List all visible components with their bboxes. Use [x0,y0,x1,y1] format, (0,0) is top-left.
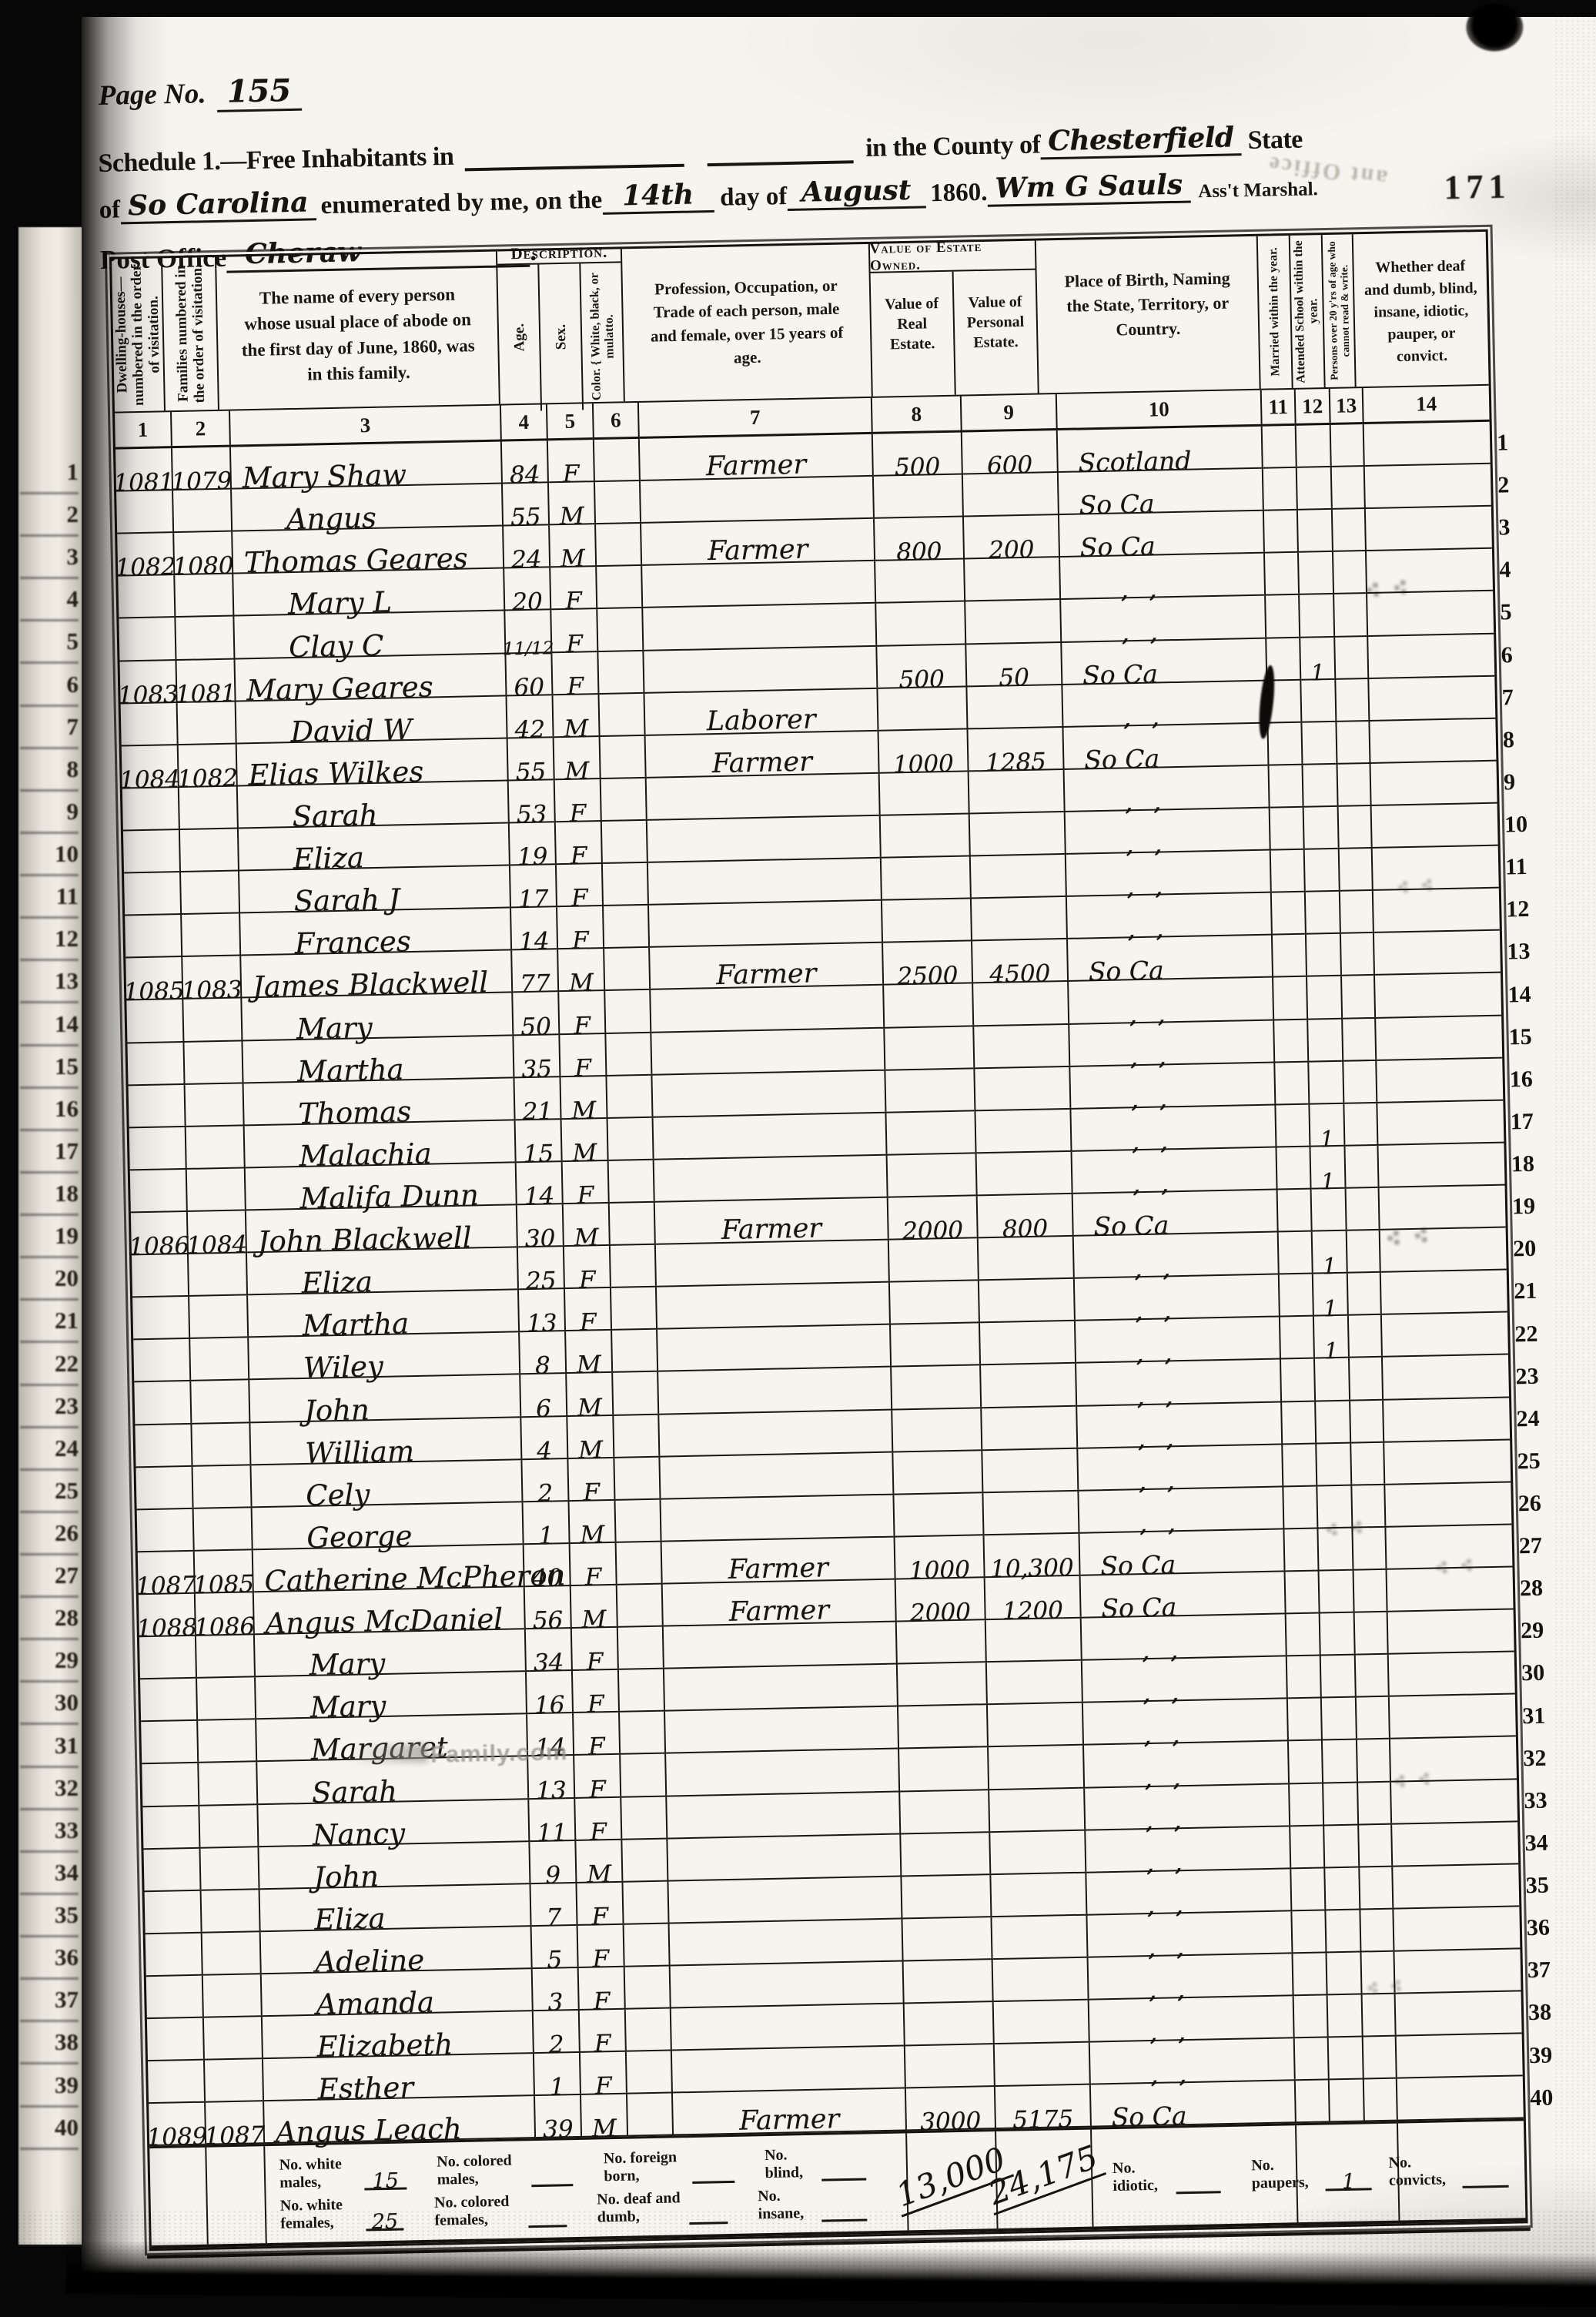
footer-stat-value: 15 [372,2168,399,2193]
cell-personal-estate: 10,300 [983,1534,1079,1577]
cell-sex: F [554,779,601,821]
cell-birthplace: Scotland [1056,427,1262,471]
cell-color [607,1118,653,1160]
footer-stat-item: No. insane, [758,2186,867,2224]
cell-remarks [1395,2034,1523,2078]
cell-married [1290,1868,1324,1910]
cell-remarks [1363,422,1491,465]
bleed-row-line [20,1426,79,1428]
bleed-row-number: 13 [32,967,79,995]
cell-personal-estate [969,812,1065,855]
cell-remarks [1384,1482,1511,1525]
footer-stat-label: No. convicts, [1388,2153,1457,2190]
cell-married [1281,1444,1316,1485]
cell-color [616,1585,662,1626]
row-number: 26 [1517,1490,1557,1517]
cell-age: 1 [522,1502,569,1543]
cell-remarks [1370,804,1498,847]
census-scan: 1234567891011121314151617181920212223242… [0,0,1596,2317]
cell-occupation [671,2047,905,2092]
cell-personal-estate [982,1492,1078,1535]
cell-birthplace: ‚ ‚ [1071,1147,1276,1192]
cell-name: Mary [253,1629,525,1676]
cell-color [621,1881,668,1923]
cell-sex: F [573,1755,620,1796]
cell-personal-estate [965,685,1062,728]
cell-age: 2 [532,2011,579,2052]
cell-illiterate [1333,594,1367,635]
row-number: 21 [1514,1278,1553,1305]
cell-occupation [664,1707,898,1753]
row-number: 20 [1513,1236,1552,1263]
cell-age: 55 [507,738,554,779]
bleed-row-line [20,1935,79,1937]
cell-occupation [662,1622,896,1668]
cell-name: Elias Wilkes [236,738,507,785]
bleed-row-number: 27 [32,1562,79,1589]
bleed-row-line [20,1850,79,1853]
bleed-row-line [20,1171,79,1174]
bleed-row-number: 18 [32,1180,79,1207]
bleed-row-number: 23 [32,1392,79,1420]
cell-illiterate [1348,1358,1382,1399]
cell-birthplace: ‚ ‚ [1066,893,1271,938]
cell-age: 19 [508,822,555,864]
cell-occupation [670,2004,904,2050]
enumerated-text: enumerated by me, on the [320,186,602,220]
cell-personal-estate: 200 [962,515,1059,558]
day-value: 14th [602,178,714,215]
row-number: 14 [1507,981,1547,1008]
cell-name: Mary [240,993,512,1040]
cell-remarks [1374,1016,1502,1059]
cell-sex: F [555,864,602,906]
cell-age: 17 [509,865,556,906]
cell-illiterate [1362,2037,1396,2078]
county-lead: in the County of [865,130,1041,163]
cell-remarks [1381,1355,1509,1398]
cell-illiterate [1335,722,1369,763]
cell-illiterate [1337,764,1370,805]
cell-name: Martha [246,1291,518,1337]
cell-real-estate [892,1493,982,1535]
cell-name: Angus [230,484,502,531]
cell-personal-estate [972,982,1068,1025]
cell-married [1293,2038,1328,2080]
cell-school [1305,934,1340,976]
table-header: Dwelling-houses—numbered in the order of… [112,232,1489,414]
blank-segment [464,138,684,172]
cell-family: 1081 [175,659,234,701]
paper-page: Page No.155 Schedule 1.—Free Inhabitants… [82,17,1596,2290]
cell-school [1320,1656,1355,1697]
cell-married [1279,1317,1313,1358]
cell-personal-estate [988,1788,1084,1831]
cell-name: Amanda [260,1969,532,2015]
cell-occupation-text: Farmer [728,1595,829,1628]
cell-name: Mary Shaw [229,442,501,488]
footer-statistics: No. white males,15No. colored males,No. … [263,2134,907,2244]
cell-sex: F [556,906,603,948]
cell-color [625,2051,671,2093]
footer-idiotic-paupers: No. idiotic,No. paupers,1 [1090,2126,1297,2227]
cell-color [609,1245,655,1287]
cell-color [597,651,643,692]
bleed-row-number: 33 [32,1816,79,1844]
cell-occupation-text: Farmer [716,959,817,992]
bleed-row-number: 39 [32,2071,79,2099]
cell-sex: M [570,1585,617,1627]
column-number: 11 [1260,390,1295,424]
cell-birthplace: ‚ ‚ [1067,978,1273,1023]
footer-stat-item: No. deaf and dumb, [597,2188,728,2226]
cell-age: 56 [524,1586,570,1628]
cell-remarks [1380,1313,1508,1356]
cell-name: Malachia [243,1120,515,1167]
cell-school [1327,1995,1362,2037]
cell-sex: M [552,695,599,736]
bleed-row-line [20,2105,79,2108]
cell-family [173,574,233,617]
cell-real-estate [896,1662,986,1705]
ink-smudge: ⁖⁖ [1366,1974,1415,2000]
col-header-name: The name of every person whose usual pla… [215,252,499,410]
row-number: 36 [1527,1914,1566,1941]
bleed-row-line [20,789,79,792]
row-number: 39 [1529,2042,1568,2069]
cell-married [1294,2081,1329,2122]
cell-occupation [652,1113,886,1158]
cell-sex: M [580,2094,627,2136]
footer-stat-label: No. blind, [765,2146,816,2182]
cell-family: 1079 [171,447,230,490]
bleed-row-line [20,1256,79,1258]
cell-name: Angus Leach [263,2096,534,2142]
cell-real-estate [872,475,962,517]
bleed-row-line [20,1511,79,1513]
cell-occupation-text: Farmer [721,1213,822,1246]
cell-occupation [667,1877,901,1922]
cell-family [185,1126,244,1168]
cell-color [603,948,649,989]
cell-real-estate [889,1324,979,1366]
cell-birthplace: ‚ ‚ [1064,809,1270,853]
cell-occupation: Farmer [644,732,878,777]
bleed-row-number: 10 [32,840,79,868]
cell-age: 34 [524,1629,571,1670]
cell-family [187,1253,246,1295]
description-group: Description. Age. Sex. Color. { White, b… [496,249,624,403]
cell-birthplace: ‚ ‚ [1076,1445,1282,1489]
cell-married [1270,892,1305,934]
row-number: 30 [1521,1660,1561,1687]
cell-color [611,1330,657,1371]
cell-color [597,694,644,735]
cell-occupation [650,1028,884,1073]
cell-name: Malifa Dunn [244,1163,516,1209]
row-number: 34 [1524,1830,1564,1857]
cell-real-estate: 500 [872,433,962,475]
bleed-row-line [20,959,79,961]
bleed-row-line [20,1341,79,1343]
cell-married [1293,1995,1327,2037]
cell-personal-estate [973,1067,1069,1110]
cell-real-estate [888,1281,979,1324]
cell-personal-estate [986,1703,1082,1746]
cell-school [1321,1740,1357,1782]
cell-birthplace: ‚ ‚ [1084,1826,1290,1871]
cell-birthplace: ‚ ‚ [1089,2038,1294,2083]
page-no-value: 155 [216,72,302,112]
bleed-row-number: 26 [32,1519,79,1547]
cell-age: 84 [500,440,547,482]
cell-illiterate [1338,849,1372,890]
cell-personal-estate: 1285 [966,728,1062,771]
cell-color [596,608,642,650]
bleed-row-number: 14 [32,1010,79,1038]
cell-remarks [1378,1186,1506,1229]
cell-family [202,1974,261,2017]
cell-age: 5 [530,1926,577,1967]
cell-school: 1 [1311,1231,1347,1273]
cell-real-estate [882,984,972,1026]
cell-school [1304,892,1340,933]
col-header-color: Color. { White, black, or mulatto. [580,263,624,410]
cell-sex: M [564,1331,611,1372]
footer-stat-label: No. foreign born, [604,2148,687,2185]
cell-real-estate: 3000 [905,2087,995,2129]
cell-birthplace: ‚ ‚ [1059,596,1265,641]
cell-illiterate [1357,1782,1390,1823]
row-number: 25 [1517,1448,1556,1475]
cell-sex: M [560,1119,607,1160]
cell-sex: F [561,1161,608,1203]
cell-birthplace: ‚ ‚ [1086,1911,1291,1956]
cell-married [1271,935,1306,976]
cell-sex: M [548,524,595,566]
cell-birthplace: So Ca [1060,638,1266,683]
cell-age: 15 [514,1120,561,1161]
cell-family [196,1677,255,1719]
cell-sex: F [575,1882,622,1924]
footer-stat-line: No. idiotic,No. paupers,1 [1113,2157,1289,2196]
cell-color [595,566,641,608]
cell-family [174,617,233,659]
cell-sex: F [554,822,601,863]
cell-family [198,1805,257,1847]
cell-remarks [1373,931,1501,974]
cell-family [192,1465,251,1508]
cell-illiterate [1349,1400,1383,1441]
cell-real-estate [884,1069,974,1111]
bleed-row-line [20,832,79,834]
cell-occupation [653,1156,887,1201]
column-number: 13 [1329,388,1363,423]
cell-school: 1 [1313,1316,1348,1358]
cell-married [1261,426,1296,467]
cell-occupation [645,774,879,819]
row-number: 37 [1527,1957,1567,1984]
cell-illiterate [1347,1315,1381,1357]
cell-name: Sarah J [238,866,510,912]
bleed-row-line [20,1893,79,1895]
right-row-numbers: 1234567891011121314151617181920212223242… [1497,419,1538,420]
bleed-row-line [20,1723,79,1725]
cell-sex: F [578,2010,625,2051]
cell-birthplace: ‚ ‚ [1074,1318,1280,1362]
bleed-row-line [20,1384,79,1386]
cell-married [1291,1953,1326,1994]
footer-stat-blank [689,2203,728,2225]
cell-sex: F [557,991,604,1033]
cell-real-estate [878,772,969,814]
cell-personal-estate [985,1661,1082,1704]
cell-birthplace: ‚ ‚ [1077,1487,1283,1532]
footer-stat-line: No. white males,15No. colored males,No. … [279,2145,893,2192]
row-number: 1 [1497,430,1536,457]
cell-birthplace: So Ca [1062,723,1267,768]
cell-illiterate [1331,509,1365,551]
cell-age: 7 [529,1883,576,1925]
blank-segment [707,134,854,166]
cell-illiterate [1342,1061,1376,1103]
cell-birthplace: ‚ ‚ [1065,851,1270,896]
footer-stat-blank [821,2201,867,2222]
cell-name: Nancy [256,1800,528,1846]
bleed-row-number: 9 [32,798,79,825]
footer-stat-label: No. deaf and dumb, [597,2189,684,2226]
footer-stat-blank [1463,2167,1510,2188]
cell-family [182,999,241,1041]
cell-occupation: Farmer [648,943,882,989]
cell-name: Eliza [259,1884,530,1930]
bleed-row-line [20,874,79,876]
cell-sex: F [570,1628,617,1669]
cell-occupation: Laborer [643,688,877,734]
cell-illiterate [1332,551,1366,593]
footer-stat-label: No. white females, [280,2196,360,2233]
cell-age: 2 [520,1459,567,1501]
cell-sex: F [567,1458,614,1500]
cell-personal-estate [992,2001,1089,2044]
cell-remarks [1390,1822,1518,1865]
cell-personal-estate [964,600,1060,643]
cell-personal-estate [980,1406,1076,1449]
cell-occupation [641,604,875,649]
cell-occupation [658,1452,892,1498]
cell-color [619,1754,665,1796]
cell-family [182,1041,242,1083]
bleed-row-number: 30 [32,1689,79,1716]
cell-illiterate [1339,891,1373,932]
cell-school [1314,1401,1350,1442]
row-number: 8 [1503,726,1542,753]
cell-real-estate [897,1706,987,1748]
cell-school [1307,1019,1342,1060]
cell-real-estate [901,1917,991,1960]
cell-illiterate [1345,1188,1379,1230]
column-number: 14 [1362,386,1490,422]
cell-illiterate [1363,2079,1397,2121]
cell-remarks [1391,1864,1519,1907]
cell-real-estate [899,1833,989,1875]
footer-stat-label: No. insane, [758,2187,816,2223]
cell-married [1282,1486,1317,1528]
cell-sex: F [579,2052,626,2094]
cell-sex: F [550,610,597,651]
cell-sex: M [553,737,600,778]
cell-personal-estate [977,1237,1073,1280]
cell-age: 50 [511,993,558,1034]
cell-family [200,1890,259,1932]
cell-birthplace: ‚ ‚ [1069,1063,1274,1107]
cell-real-estate: 500 [875,645,965,687]
cell-color [604,990,650,1032]
cell-remarks [1392,1907,1520,1950]
cell-married [1264,595,1299,637]
footer-stat-line: No. convicts, [1388,2151,1535,2190]
footer-stat-item: No. white males,15 [279,2154,407,2191]
row-number: 33 [1524,1787,1563,1814]
cell-personal-estate [978,1279,1074,1322]
cell-age: 6 [519,1374,566,1416]
bleed-row-number: 25 [32,1477,79,1505]
cell-illiterate [1346,1230,1380,1272]
bleed-row-line [20,747,79,749]
cell-occupation-text: Farmer [708,534,808,568]
footer-stat-label: No. colored females, [434,2192,523,2229]
cell-birthplace: ‚ ‚ [1072,1233,1278,1277]
row-number: 9 [1504,768,1543,795]
cell-school [1323,1825,1358,1867]
bleed-row-number: 37 [32,1986,79,2014]
cell-personal-estate [992,1958,1088,2001]
cell-personal-estate [985,1619,1081,1662]
cell-sex: F [563,1246,610,1287]
cell-personal-estate [987,1746,1083,1789]
footer-stat-label: No. white males, [279,2155,359,2191]
column-number: 10 [1056,390,1261,428]
col-header-school: Attended School within the year. [1288,235,1323,388]
cell-illiterate [1337,806,1371,848]
cell-personal-estate [979,1364,1076,1407]
bleed-row-line [20,1298,79,1301]
cell-age: 16 [525,1671,572,1713]
column-number: 3 [229,406,500,445]
estate-group: Value of Estate Owned. Value of Real Est… [868,241,1038,397]
cell-real-estate [885,1111,975,1153]
row-number: 2 [1497,472,1537,499]
cell-color [621,1839,667,1880]
cell-school [1320,1698,1356,1739]
cell-real-estate [904,2044,994,2087]
cell-illiterate [1330,467,1364,508]
cell-personal-estate [963,557,1059,601]
cell-family: 1084 [186,1210,246,1253]
cell-school [1295,425,1330,467]
row-number: 19 [1512,1194,1551,1220]
cell-sex: M [566,1415,613,1457]
cell-age: 3 [531,1968,578,2010]
day-of-text: day of [720,182,788,213]
bleed-row-number: 31 [32,1732,79,1760]
cell-occupation-text: Farmer [711,746,812,779]
cell-remarks [1367,634,1494,677]
cell-married [1284,1572,1319,1613]
cell-age: 24 [502,526,549,568]
footer-stat-blank: 15 [364,2168,407,2190]
cell-school [1322,1783,1357,1824]
